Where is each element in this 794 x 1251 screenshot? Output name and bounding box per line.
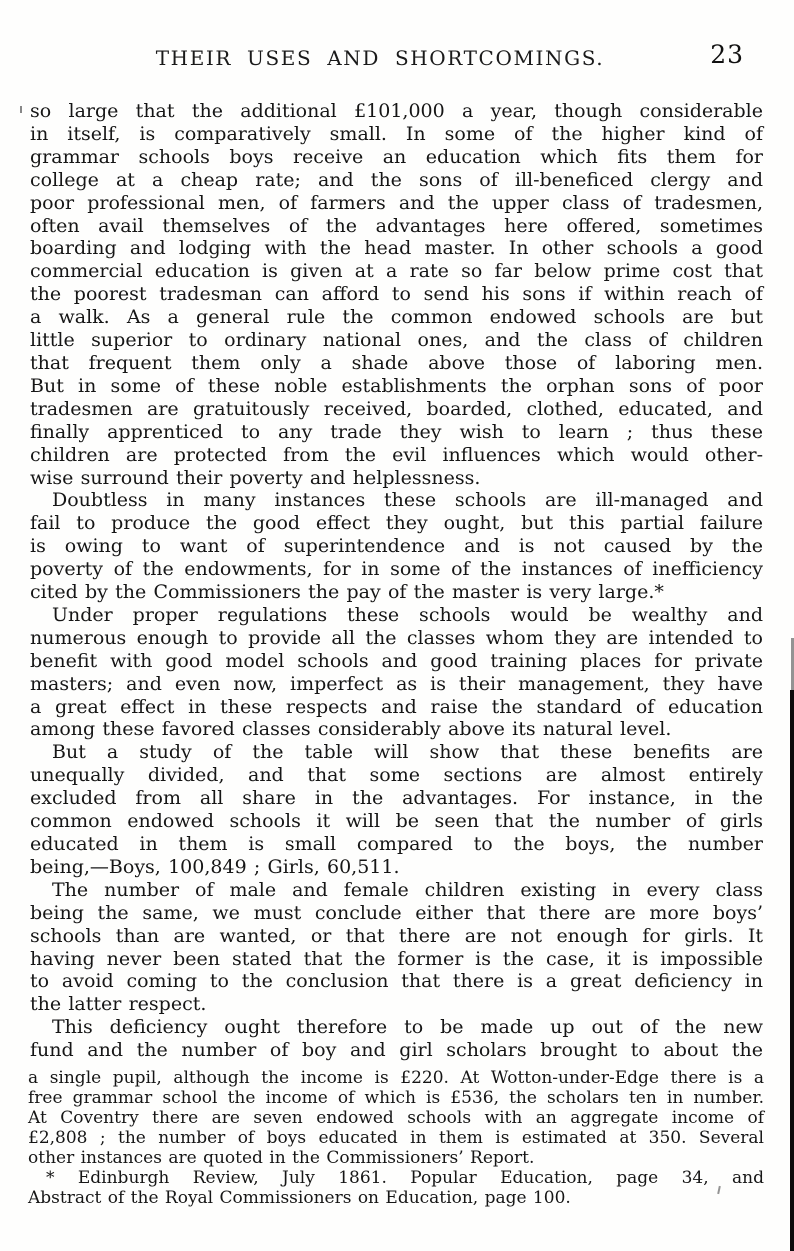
paragraph: The number of male and female children e… <box>30 879 763 1016</box>
book-page: THEIR USES AND SHORTCOMINGS. 23 so large… <box>0 0 794 1251</box>
text-line: benefit with good model schools and good… <box>30 650 763 673</box>
text-line: excluded from all share in the advantage… <box>30 787 763 810</box>
text-line: finally apprenticed to any trade they wi… <box>30 421 763 444</box>
text-line: the latter respect. <box>30 993 763 1016</box>
text-line: educated in them is small compared to th… <box>30 833 763 856</box>
text-line: fail to produce the good effect they oug… <box>30 512 763 535</box>
scan-speck <box>20 106 22 113</box>
paragraph: This deficiency ought therefore to be ma… <box>30 1016 763 1062</box>
text-line: free grammar school the income of which … <box>28 1088 764 1108</box>
text-line: schools than are wanted, or that there a… <box>30 925 763 948</box>
text-line: fund and the number of boy and girl scho… <box>30 1039 763 1062</box>
text-line: a walk. As a general rule the common end… <box>30 306 763 329</box>
text-line: being,—Boys, 100,849 ; Girls, 60,511. <box>30 856 763 879</box>
text-line: in itself, is comparatively small. In so… <box>30 123 763 146</box>
text-line: often avail themselves of the advantages… <box>30 215 763 238</box>
text-line: This deficiency ought therefore to be ma… <box>30 1016 763 1039</box>
text-line: college at a cheap rate; and the sons of… <box>30 169 763 192</box>
text-line: unequally divided, and that some section… <box>30 764 763 787</box>
text-line: Doubtless in many instances these school… <box>30 489 763 512</box>
text-line: But in some of these noble establishment… <box>30 375 763 398</box>
paragraph: * Edinburgh Review, July 1861. Popular E… <box>28 1168 764 1208</box>
text-line: grammar schools boys receive an educatio… <box>30 146 763 169</box>
text-line: poverty of the endowments, for in some o… <box>30 558 763 581</box>
text-line: being the same, we must conclude either … <box>30 902 763 925</box>
text-line: to avoid coming to the conclusion that t… <box>30 970 763 993</box>
paragraph: But a study of the table will show that … <box>30 741 763 878</box>
paragraph: Under proper regulations these schools w… <box>30 604 763 741</box>
paragraph: a single pupil, although the income is £… <box>28 1068 764 1168</box>
body-text: so large that the additional £101,000 a … <box>30 100 763 1062</box>
text-line: that frequent them only a shade above th… <box>30 352 763 375</box>
text-line: Abstract of the Royal Commissioners on E… <box>28 1188 764 1208</box>
text-line: cited by the Commissioners the pay of th… <box>30 581 763 604</box>
text-line: children are protected from the evil inf… <box>30 444 763 467</box>
text-line: a single pupil, although the income is £… <box>28 1068 764 1088</box>
text-line: poor professional men, of farmers and th… <box>30 192 763 215</box>
text-line: a great effect in these respects and rai… <box>30 696 763 719</box>
scan-edge-artifact-black <box>790 690 794 1251</box>
text-line: boarding and lodging with the head maste… <box>30 237 763 260</box>
text-line: wise surround their poverty and helpless… <box>30 467 763 490</box>
text-line: is owing to want of superintendence and … <box>30 535 763 558</box>
text-line: common endowed schools it will be seen t… <box>30 810 763 833</box>
text-line: But a study of the table will show that … <box>30 741 763 764</box>
text-line: * Edinburgh Review, July 1861. Popular E… <box>28 1168 764 1188</box>
running-head-title: THEIR USES AND SHORTCOMINGS. <box>30 46 730 70</box>
text-line: At Coventry there are seven endowed scho… <box>28 1108 764 1128</box>
text-line: little superior to ordinary national one… <box>30 329 763 352</box>
paragraph: Doubtless in many instances these school… <box>30 489 763 604</box>
text-line: The number of male and female children e… <box>30 879 763 902</box>
text-line: masters; and even now, imperfect as is t… <box>30 673 763 696</box>
text-line: the poorest tradesman can afford to send… <box>30 283 763 306</box>
text-line: Under proper regulations these schools w… <box>30 604 763 627</box>
paragraph: so large that the additional £101,000 a … <box>30 100 763 489</box>
text-line: so large that the additional £101,000 a … <box>30 100 763 123</box>
text-line: other instances are quoted in the Commis… <box>28 1148 764 1168</box>
footnotes: a single pupil, although the income is £… <box>28 1068 764 1208</box>
text-line: £2,808 ; the number of boys educated in … <box>28 1128 764 1148</box>
text-line: among these favored classes considerably… <box>30 718 763 741</box>
text-line: numerous enough to provide all the class… <box>30 627 763 650</box>
text-line: having never been stated that the former… <box>30 948 763 971</box>
page-number: 23 <box>710 40 744 69</box>
text-line: tradesmen are gratuitously received, boa… <box>30 398 763 421</box>
text-line: commercial education is given at a rate … <box>30 260 763 283</box>
